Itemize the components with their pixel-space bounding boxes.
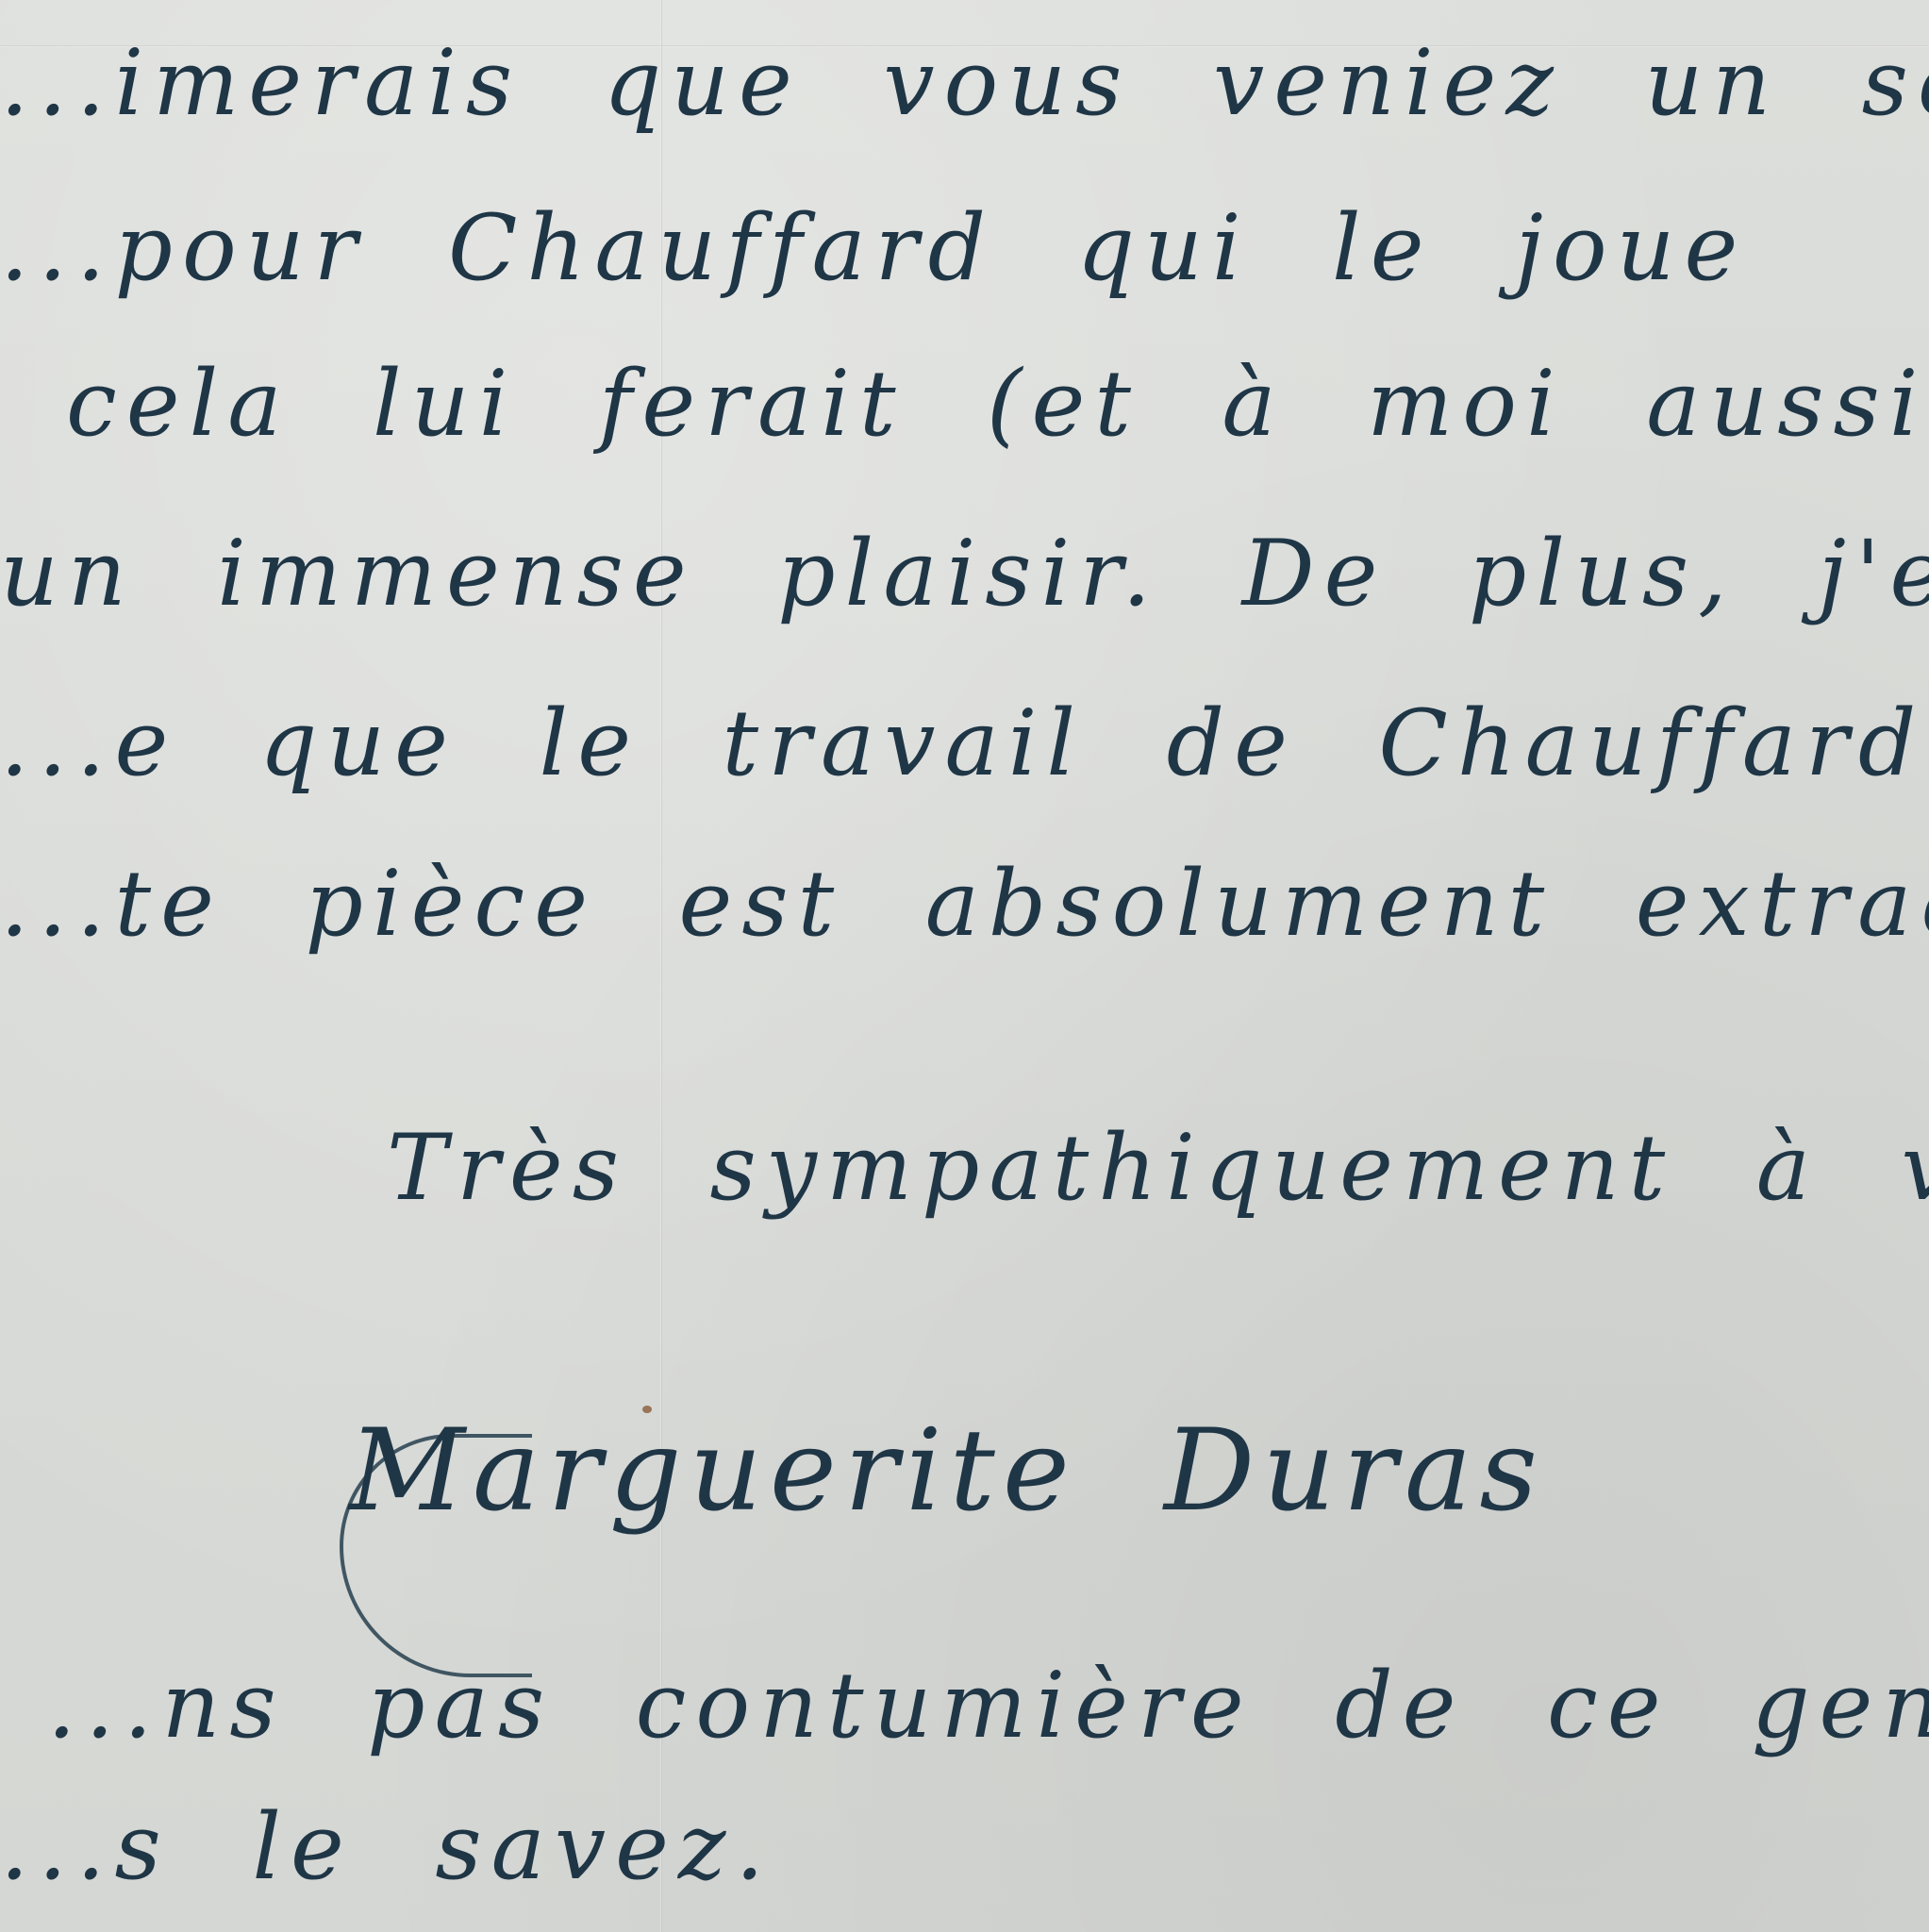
letter-paper: ...imerais que vous veniez un soir. C'e.… [0, 0, 1929, 1932]
handwritten-line-6: ...te pièce est absolument extraordi... [0, 858, 1929, 949]
handwritten-line-3: cela lui ferait (et à moi aussi [66, 358, 1928, 449]
closing-salutation: Très sympathiquement à v... [387, 1123, 1929, 1213]
handwritten-line-1: ...imerais que vous veniez un soir. C'e.… [0, 38, 1929, 128]
postscript-line-1: ...ns pas contumière de ce genre de... [47, 1660, 1929, 1751]
handwritten-line-2: ...pour Chauffard qui le joue [0, 203, 1747, 293]
signature: Marguerite Duras [349, 1415, 1545, 1528]
postscript-line-2: ...s le savez. [0, 1802, 773, 1892]
handwritten-line-5: ...e que le travail de Chauffard [0, 698, 1925, 789]
handwritten-line-4: un immense plaisir. De plus, j'e... [0, 528, 1929, 619]
